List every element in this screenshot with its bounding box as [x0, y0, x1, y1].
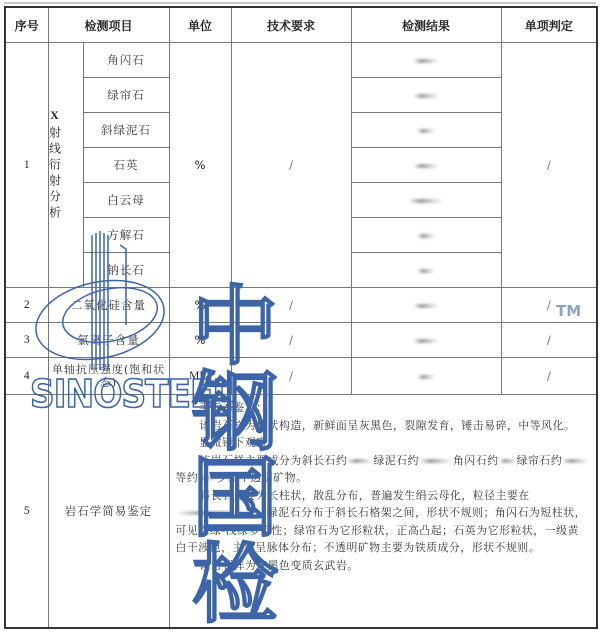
row-requirement: / [231, 288, 351, 323]
row-unit: % [169, 323, 231, 358]
header-judgement: 单项判定 [501, 7, 597, 43]
header-unit: 单位 [169, 7, 231, 43]
row-seq: 5 [5, 395, 48, 628]
table-row: 2 二氧化硅含量 % / / [5, 288, 597, 323]
row-seq: 2 [5, 288, 48, 323]
redacted-value [413, 94, 439, 98]
redacted-value [417, 129, 435, 133]
sub-item-name: 方解石 [83, 218, 169, 253]
sub-item-result [351, 183, 501, 218]
row-unit: % [169, 43, 231, 288]
table-row: 4 单轴抗压强度(饱和状态) MPa / / [5, 358, 597, 395]
sub-item-name: 石英 [83, 148, 169, 183]
sub-item-name: 钠长石 [83, 253, 169, 288]
row-judgement: / [501, 43, 597, 288]
desc-hand-specimen-text: 该岩石样为块状构造，新鲜面呈灰黑色，裂隙发育，锤击易碎，中等风化。 [176, 417, 591, 435]
row-judgement: / [501, 358, 597, 395]
row-requirement: / [231, 323, 351, 358]
sub-item-name: 角闪石 [83, 43, 169, 78]
sub-item-name: 斜绿泥石 [83, 113, 169, 148]
sub-item-name: 白云母 [83, 183, 169, 218]
desc-conclusion: 该岩石样为灰黑色变质玄武岩。 [176, 557, 591, 575]
redacted-value [176, 511, 256, 515]
table-row: 5 岩石学简易鉴定 手标本鉴定： 该岩石样为块状构造，新鲜面呈灰黑色，裂隙发育，… [5, 395, 597, 628]
redacted-value [347, 459, 373, 463]
test-report-table: 序号 检测项目 单位 技术要求 检测结果 单项判定 1 X射线衍射分析 角闪石 … [4, 6, 598, 629]
row-item: 二氧化硅含量 [48, 288, 169, 323]
sub-item-result [351, 43, 501, 78]
redacted-value [198, 476, 216, 480]
table-row: 1 X射线衍射分析 角闪石 % / / [5, 43, 597, 78]
table-row: 3 氯离子含量 % / / [5, 323, 597, 358]
redacted-value [409, 199, 443, 203]
sub-item-result [351, 78, 501, 113]
row-judgement: / [501, 288, 597, 323]
redacted-value [499, 459, 517, 463]
desc-microscope-title: 显微镜下观察： [176, 434, 591, 452]
header-seq: 序号 [5, 7, 48, 43]
row-judgement: / [501, 323, 597, 358]
header-row: 序号 检测项目 单位 技术要求 检测结果 单项判定 [5, 7, 597, 43]
sub-item-result [351, 148, 501, 183]
row-unit: MPa [169, 358, 231, 395]
desc-microscope-details: 斜长石主要为长柱状，散乱分布，普遍发生绢云母化，粒径主要在；绿泥石分布于斜长石格… [176, 487, 591, 557]
row-unit: % [169, 288, 231, 323]
sub-item-result [351, 218, 501, 253]
row-item: 单轴抗压强度(饱和状态) [48, 358, 169, 395]
row-item: 氯离子含量 [48, 323, 169, 358]
row-result [351, 358, 501, 395]
redacted-value [413, 304, 439, 308]
group-label-rest: 射线衍射分析 [48, 126, 62, 222]
redacted-value [417, 234, 435, 238]
redacted-value [413, 59, 439, 63]
row-result [351, 288, 501, 323]
row-requirement: / [231, 358, 351, 395]
header-item: 检测项目 [48, 7, 169, 43]
desc-composition: 该岩石样主要成分为斜长石约绿泥石约角闪石约绿帘石约等约少量不透明矿物。 [176, 452, 591, 487]
redacted-value [413, 339, 439, 343]
sub-item-result [351, 253, 501, 288]
rock-identification-description: 手标本鉴定： 该岩石样为块状构造，新鲜面呈灰黑色，裂隙发育，锤击易碎，中等风化。… [169, 395, 597, 628]
group-label-x: X [48, 108, 62, 126]
header-requirement: 技术要求 [231, 7, 351, 43]
sub-item-result [351, 113, 501, 148]
row-item: 岩石学简易鉴定 [48, 395, 169, 628]
group-label: X射线衍射分析 [48, 43, 83, 288]
row-seq: 1 [5, 43, 48, 288]
row-result [351, 323, 501, 358]
row-seq: 3 [5, 323, 48, 358]
header-result: 检测结果 [351, 7, 501, 43]
redacted-value [419, 459, 453, 463]
redacted-value [413, 164, 439, 168]
desc-hand-specimen-title: 手标本鉴定： [176, 399, 591, 417]
top-rule [4, 2, 596, 4]
row-requirement: / [231, 43, 351, 288]
redacted-value [417, 375, 435, 379]
sub-item-name: 绿帘石 [83, 78, 169, 113]
row-seq: 4 [5, 358, 48, 395]
redacted-value [562, 459, 588, 463]
redacted-value [417, 269, 435, 273]
